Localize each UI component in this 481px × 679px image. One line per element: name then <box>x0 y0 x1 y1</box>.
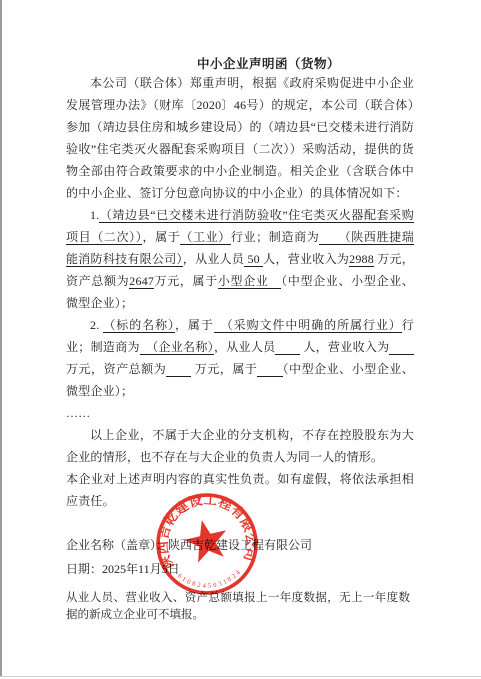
date-label: 日期： <box>66 562 102 576</box>
paragraph: …… <box>66 402 414 424</box>
page-bottom-edge <box>0 676 481 677</box>
document-page: 中小企业声明函（货物） 本公司（联合体）郑重声明，根据《政府采购促进中小企业发展… <box>0 0 481 679</box>
document-title: 中小企业声明函（货物） <box>0 54 481 72</box>
paragraph: 本公司（联合体）郑重声明，根据《政府采购促进中小企业发展管理办法》（财库〔202… <box>66 72 414 204</box>
paragraph: 以上企业，不属于大企业的分支机构，不存在控股股东为大企业的情形，也不存在与大企业… <box>66 424 414 468</box>
company-stamp-icon: 陕西吉乾建设工程有限公司 6108245031824 <box>150 487 265 602</box>
footnote: 从业人员、营业收入、资产总额填报上一年度数据，无上一年度数据的新成立企业可不填报… <box>66 590 410 624</box>
page-left-edge <box>0 0 2 676</box>
document-body: 本公司（联合体）郑重声明，根据《政府采购促进中小企业发展管理办法》（财库〔202… <box>66 72 414 512</box>
paragraph: 2. （标的名称），属于 （采购文件中明确的所属行业）行业；制造商为 （企业名称… <box>66 314 414 402</box>
paragraph: 1.（靖边县“已交楼未进行消防验收”住宅类灭火器配套采购项目（二次）），属于（工… <box>66 204 414 314</box>
star-icon <box>181 515 232 564</box>
